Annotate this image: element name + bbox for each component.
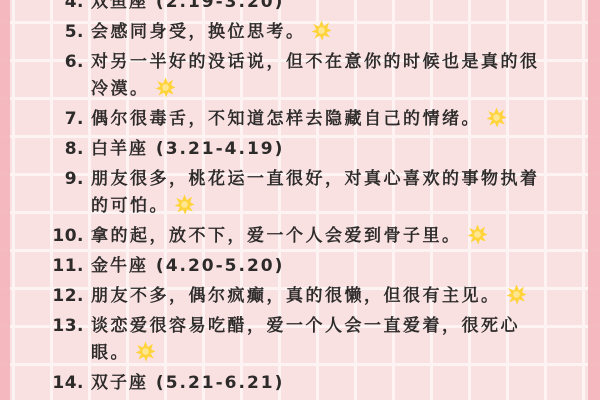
item-number: 12. (52, 283, 84, 310)
sun-sparkle-icon (174, 194, 195, 215)
item-text: 拿的起，放不下，爱一个人会爱到骨子里。 (91, 223, 546, 250)
list-item: 14. 双子座 (5.21-6.21) (52, 370, 600, 397)
item-number: 9. (52, 166, 84, 193)
sun-sparkle-icon (486, 107, 507, 128)
item-number: 8. (52, 136, 84, 163)
item-text: 谈恋爱很容易吃醋，爱一个人会一直爱着，很死心眼。 (91, 313, 546, 367)
item-number: 7. (52, 106, 84, 133)
item-text: 会感同身受，换位思考。 (91, 19, 546, 46)
left-border-stripe (0, 0, 10, 400)
item-number: 4. (52, 0, 84, 16)
item-text: 金牛座 (4.20-5.20) (91, 253, 546, 280)
item-number: 13. (52, 313, 84, 340)
list-item: 12. 朋友不多，偶尔疯癫，真的很懒，但很有主见。 (52, 283, 600, 310)
list-item: 10. 拿的起，放不下，爱一个人会爱到骨子里。 (52, 223, 600, 250)
item-text: 朋友很多，桃花运一直很好，对真心喜欢的事物执着的可怕。 (91, 166, 546, 220)
item-text: 偶尔很毒舌，不知道怎样去隐藏自己的情绪。 (91, 106, 546, 133)
sun-sparkle-icon (311, 20, 332, 41)
item-text: 对另一半好的没话说，但不在意你的时候也是真的很冷漠。 (91, 49, 546, 103)
item-text: 白羊座 (3.21-4.19) (91, 136, 546, 163)
item-number: 10. (52, 223, 84, 250)
list-item: 9. 朋友很多，桃花运一直很好，对真心喜欢的事物执着的可怕。 (52, 166, 600, 220)
list-item: 8. 白羊座 (3.21-4.19) (52, 136, 600, 163)
sun-sparkle-icon (506, 284, 527, 305)
right-border-stripe (588, 0, 600, 400)
list-item: 13. 谈恋爱很容易吃醋，爱一个人会一直爱着，很死心眼。 (52, 313, 600, 367)
sun-sparkle-icon (155, 77, 176, 98)
zodiac-post: 4. 双鱼座 (2.19-3.20) 5. 会感同身受，换位思考。 6. 对另一… (0, 0, 600, 400)
zodiac-trait-list: 4. 双鱼座 (2.19-3.20) 5. 会感同身受，换位思考。 6. 对另一… (0, 0, 600, 397)
item-number: 14. (52, 370, 84, 397)
item-number: 5. (52, 19, 84, 46)
item-text: 双鱼座 (2.19-3.20) (91, 0, 546, 16)
list-item: 7. 偶尔很毒舌，不知道怎样去隐藏自己的情绪。 (52, 106, 600, 133)
sun-sparkle-icon (135, 341, 156, 362)
item-text: 朋友不多，偶尔疯癫，真的很懒，但很有主见。 (91, 283, 546, 310)
list-item: 11. 金牛座 (4.20-5.20) (52, 253, 600, 280)
item-number: 6. (52, 49, 84, 76)
list-item: 5. 会感同身受，换位思考。 (52, 19, 600, 46)
list-item: 6. 对另一半好的没话说，但不在意你的时候也是真的很冷漠。 (52, 49, 600, 103)
list-item: 4. 双鱼座 (2.19-3.20) (52, 0, 600, 16)
item-text: 双子座 (5.21-6.21) (91, 370, 546, 397)
item-number: 11. (52, 253, 84, 280)
sun-sparkle-icon (467, 224, 488, 245)
